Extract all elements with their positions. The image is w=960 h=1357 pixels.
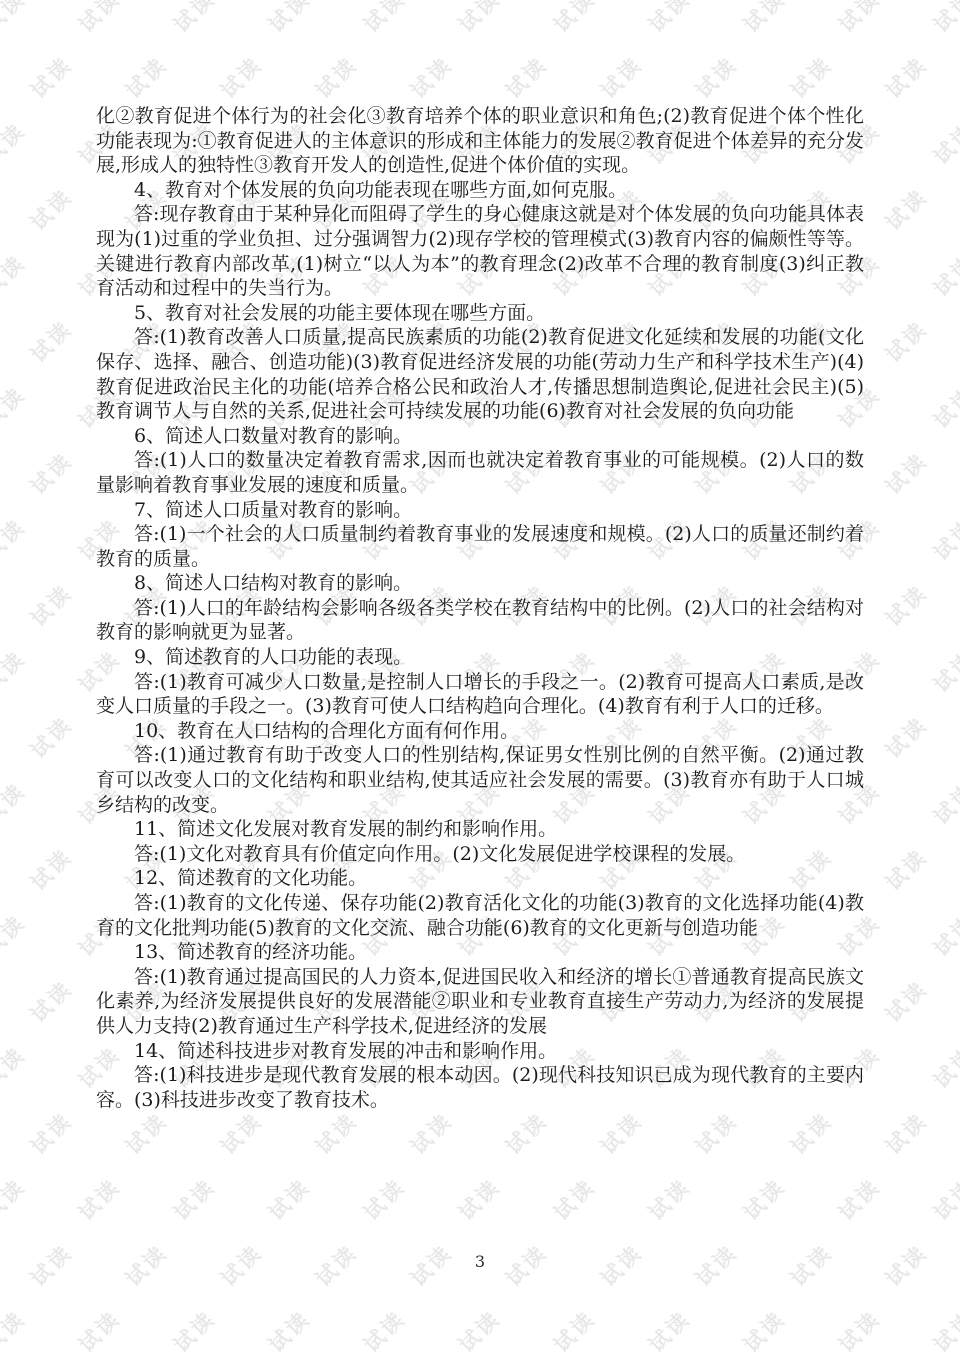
paragraph: 4、教育对个体发展的负向功能表现在哪些方面,如何克服。 xyxy=(96,178,864,203)
paragraph: 8、简述人口结构对教育的影响。 xyxy=(96,571,864,596)
watermark-text: 试读 xyxy=(71,1303,126,1357)
watermark-text: 试读 xyxy=(926,1171,960,1226)
watermark-text: 试读 xyxy=(0,115,32,170)
watermark-text: 试读 xyxy=(356,0,411,39)
watermark-text: 试读 xyxy=(213,49,268,104)
paragraph: 6、简述人口数量对教育的影响。 xyxy=(96,424,864,449)
watermark-text: 试读 xyxy=(0,1303,32,1357)
watermark-text: 试读 xyxy=(23,445,78,500)
watermark-text: 试读 xyxy=(356,1171,411,1226)
watermark-text: 试读 xyxy=(593,1105,648,1160)
watermark-text: 试读 xyxy=(831,1303,886,1357)
watermark-text: 试读 xyxy=(498,49,553,104)
watermark-text: 试读 xyxy=(878,973,933,1028)
watermark-text: 试读 xyxy=(641,1171,696,1226)
paragraph: 答:(1)教育通过提高国民的人力资本,促进国民收入和经济的增长①普通教育提高民族… xyxy=(96,965,864,1039)
watermark-text: 试读 xyxy=(308,1105,363,1160)
watermark-text: 试读 xyxy=(118,49,173,104)
watermark-text: 试读 xyxy=(356,1303,411,1357)
watermark-text: 试读 xyxy=(23,313,78,368)
page-number: 3 xyxy=(0,1252,960,1271)
watermark-text: 试读 xyxy=(878,313,933,368)
watermark-text: 试读 xyxy=(403,49,458,104)
watermark-text: 试读 xyxy=(451,1171,506,1226)
watermark-text: 试读 xyxy=(0,775,32,830)
watermark-text: 试读 xyxy=(926,511,960,566)
watermark-text: 试读 xyxy=(23,181,78,236)
paragraph: 14、简述科技进步对教育发展的冲击和影响作用。 xyxy=(96,1039,864,1064)
paragraph: 11、简述文化发展对教育发展的制约和影响作用。 xyxy=(96,817,864,842)
document-body: 化②教育促进个体行为的社会化③教育培养个体的职业意识和角色;(2)教育促进个体个… xyxy=(96,104,864,1112)
paragraph: 12、简述教育的文化功能。 xyxy=(96,866,864,891)
watermark-text: 试读 xyxy=(23,709,78,764)
watermark-text: 试读 xyxy=(878,49,933,104)
watermark-text: 试读 xyxy=(166,0,221,39)
watermark-text: 试读 xyxy=(166,1171,221,1226)
watermark-text: 试读 xyxy=(878,709,933,764)
watermark-text: 试读 xyxy=(641,0,696,39)
paragraph: 答:(1)教育改善人口质量,提高民族素质的功能(2)教育促进文化延续和发展的功能… xyxy=(96,325,864,423)
watermark-text: 试读 xyxy=(926,643,960,698)
watermark-text: 试读 xyxy=(451,1303,506,1357)
watermark-text: 试读 xyxy=(926,247,960,302)
paragraph: 答:(1)通过教育有助于改变人口的性别结构,保证男女性别比例的自然平衡。(2)通… xyxy=(96,743,864,817)
watermark-text: 试读 xyxy=(926,0,960,39)
watermark-text: 试读 xyxy=(878,181,933,236)
paragraph: 5、教育对社会发展的功能主要体现在哪些方面。 xyxy=(96,301,864,326)
watermark-text: 试读 xyxy=(688,1105,743,1160)
watermark-text: 试读 xyxy=(878,1105,933,1160)
watermark-text: 试读 xyxy=(926,115,960,170)
watermark-text: 试读 xyxy=(546,1303,601,1357)
paragraph: 答:(1)教育可减少人口数量,是控制人口增长的手段之一。(2)教育可提高人口素质… xyxy=(96,670,864,719)
paragraph: 答:现存教育由于某种异化而阻碍了学生的身心健康这就是对个体发展的负向功能具体表现… xyxy=(96,202,864,300)
watermark-text: 试读 xyxy=(926,775,960,830)
paragraph: 答:(1)人口的数量决定着教育需求,因而也就决定着教育事业的可能规模。(2)人口… xyxy=(96,448,864,497)
watermark-text: 试读 xyxy=(878,445,933,500)
watermark-text: 试读 xyxy=(926,379,960,434)
watermark-text: 试读 xyxy=(0,0,32,39)
watermark-text: 试读 xyxy=(783,49,838,104)
watermark-text: 试读 xyxy=(261,1171,316,1226)
watermark-text: 试读 xyxy=(0,907,32,962)
paragraph: 化②教育促进个体行为的社会化③教育培养个体的职业意识和角色;(2)教育促进个体个… xyxy=(96,104,864,178)
paragraph: 答:(1)一个社会的人口质量制约着教育事业的发展速度和规模。(2)人口的质量还制… xyxy=(96,522,864,571)
watermark-text: 试读 xyxy=(23,841,78,896)
watermark-text: 试读 xyxy=(546,1171,601,1226)
watermark-text: 试读 xyxy=(118,1105,173,1160)
watermark-text: 试读 xyxy=(546,0,601,39)
watermark-text: 试读 xyxy=(261,0,316,39)
watermark-text: 试读 xyxy=(0,379,32,434)
watermark-text: 试读 xyxy=(783,1105,838,1160)
watermark-text: 试读 xyxy=(23,1105,78,1160)
watermark-text: 试读 xyxy=(261,1303,316,1357)
watermark-text: 试读 xyxy=(23,973,78,1028)
paragraph: 7、简述人口质量对教育的影响。 xyxy=(96,498,864,523)
watermark-text: 试读 xyxy=(0,1171,32,1226)
paragraph: 9、简述教育的人口功能的表现。 xyxy=(96,645,864,670)
watermark-text: 试读 xyxy=(736,1303,791,1357)
paragraph: 答:(1)科技进步是现代教育发展的根本动因。(2)现代科技知识已成为现代教育的主… xyxy=(96,1063,864,1112)
watermark-text: 试读 xyxy=(71,0,126,39)
watermark-text: 试读 xyxy=(831,1171,886,1226)
watermark-text: 试读 xyxy=(831,0,886,39)
watermark-text: 试读 xyxy=(736,1171,791,1226)
watermark-text: 试读 xyxy=(0,511,32,566)
watermark-text: 试读 xyxy=(166,1303,221,1357)
watermark-text: 试读 xyxy=(926,1039,960,1094)
watermark-text: 试读 xyxy=(688,49,743,104)
watermark-text: 试读 xyxy=(23,577,78,632)
watermark-text: 试读 xyxy=(926,907,960,962)
watermark-text: 试读 xyxy=(403,1105,458,1160)
watermark-text: 试读 xyxy=(0,247,32,302)
watermark-text: 试读 xyxy=(878,577,933,632)
watermark-text: 试读 xyxy=(641,1303,696,1357)
watermark-text: 试读 xyxy=(213,1105,268,1160)
paragraph: 答:(1)教育的文化传递、保存功能(2)教育活化文化的功能(3)教育的文化选择功… xyxy=(96,891,864,940)
document-page: 试读试读试读试读试读试读试读试读试读试读试读试读试读试读试读试读试读试读试读试读… xyxy=(0,0,960,1357)
paragraph: 答:(1)文化对教育具有价值定向作用。(2)文化发展促进学校课程的发展。 xyxy=(96,842,864,867)
watermark-text: 试读 xyxy=(878,841,933,896)
watermark-text: 试读 xyxy=(736,0,791,39)
paragraph: 10、教育在人口结构的合理化方面有何作用。 xyxy=(96,719,864,744)
paragraph: 13、简述教育的经济功能。 xyxy=(96,940,864,965)
watermark-text: 试读 xyxy=(498,1105,553,1160)
watermark-text: 试读 xyxy=(0,1039,32,1094)
watermark-text: 试读 xyxy=(71,1171,126,1226)
watermark-text: 试读 xyxy=(23,49,78,104)
watermark-text: 试读 xyxy=(593,49,648,104)
watermark-text: 试读 xyxy=(451,0,506,39)
watermark-text: 试读 xyxy=(308,49,363,104)
paragraph: 答:(1)人口的年龄结构会影响各级各类学校在教育结构中的比例。(2)人口的社会结… xyxy=(96,596,864,645)
watermark-text: 试读 xyxy=(926,1303,960,1357)
watermark-text: 试读 xyxy=(0,643,32,698)
